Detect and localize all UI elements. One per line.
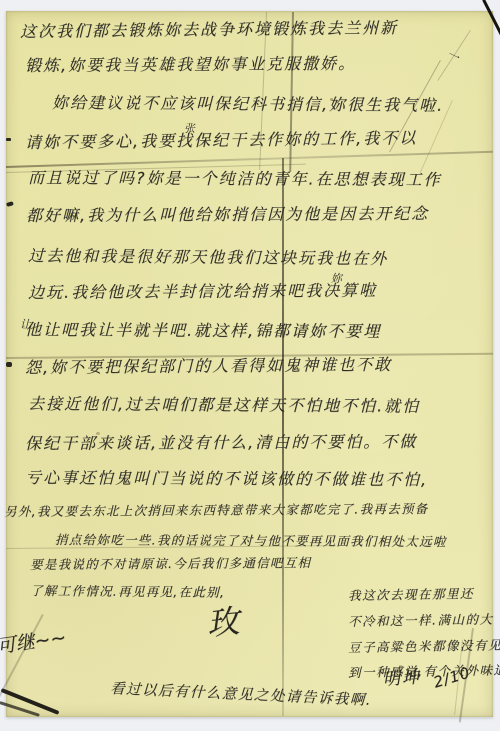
postscript-line: 我这次去现在那里还 xyxy=(348,588,474,603)
scanned-letter-page: 这次我们都去锻炼妳去战争环境锻炼我去兰州新 锻炼,妳要我当英雄我望妳事业克服撒娇… xyxy=(0,0,500,731)
postscript-line: 不冷和这一样.满山的大 xyxy=(348,613,494,628)
letter-line: 亏心事还怕鬼叫门当说的不说该做的不做谁也不怕, xyxy=(25,470,428,488)
signature: 玫 xyxy=(205,605,240,640)
signoff-name: 明坤 xyxy=(382,669,421,689)
letter-line: 保纪干部来谈话,並没有什么,清白的不要怕。不做 xyxy=(25,434,417,452)
margin-insertion: 让 xyxy=(20,316,31,332)
letter-line: 怨,妳不要把保纪部门的人看得如鬼神谁也不敢 xyxy=(25,357,392,376)
letter-line: 都好嘛,我为什么叫他给妳捎信因为他是因去开纪念 xyxy=(26,206,429,224)
letter-line: 这次我们都去锻炼妳去战争环境锻炼我去兰州新 xyxy=(20,20,398,40)
letter-line: 边玩.我给他改去半封信沈给捎来吧我决算啦 xyxy=(28,283,377,301)
letter-line: 了解工作情况.再见再见,在此别, xyxy=(30,585,225,599)
letter-line: 去接近他们,过去咱们都是这样天不怕地不怕.就怕 xyxy=(28,396,420,415)
letter-line: 妳给建议说不应该叫保纪科书捎信,妳很生我气啦. xyxy=(52,95,444,114)
postscript-line: 到一种感觉,有个关外味道 xyxy=(348,664,500,679)
letter-line: 而且说过了吗?妳是一个纯洁的青年.在思想表现工作 xyxy=(28,170,442,188)
postscript-line: 豆子高粱色米都像没有见 xyxy=(348,639,500,654)
letter-line: 捎点给妳吃一些.我的话说完了对与他不要再见面我们相处太远啦 xyxy=(55,534,447,549)
ink-mark xyxy=(6,138,11,141)
letter-line: 要是我说的不对请原谅.今后我们多通信吧互相 xyxy=(30,557,311,571)
ink-mark xyxy=(6,362,12,367)
letter-line: 过去他和我是很好那天他我们这块玩我也在外 xyxy=(28,248,388,267)
letter-line: 锻炼,妳要我当英雄我望妳事业克服撒娇。 xyxy=(25,56,356,74)
margin-insertion: 张 xyxy=(184,120,195,136)
letter-line: 请妳不要多心,我要找保纪干去作妳的工作,我不以 xyxy=(25,130,417,151)
margin-insertion: 妳 xyxy=(331,270,342,286)
letter-line: 另外,我又要去东北上次捎回来东西特意带来大家都吃完了.我再去预备 xyxy=(4,503,429,518)
letter-line: 他让吧我让半就半吧.就这样,锦都请妳不要埋 xyxy=(25,322,381,340)
